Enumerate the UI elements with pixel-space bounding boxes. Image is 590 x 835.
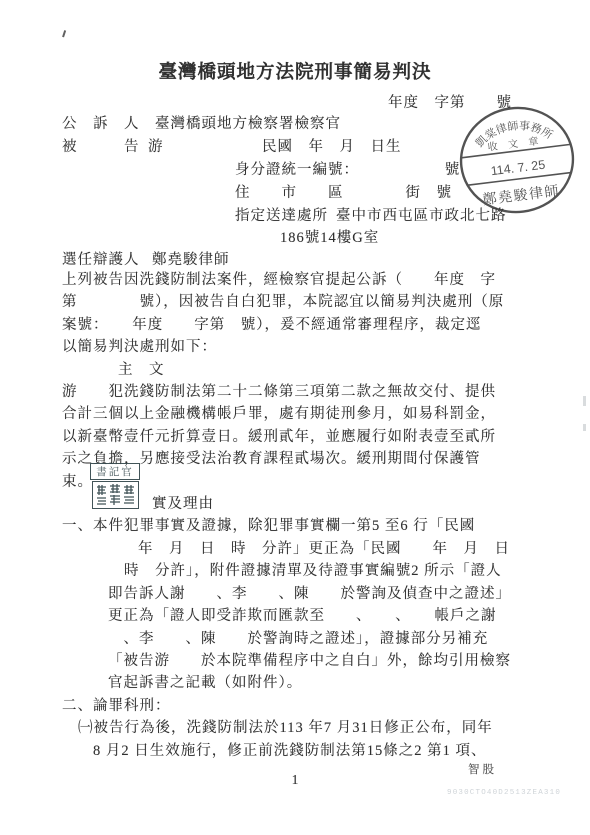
body-line: 案號： 年度 字第 號），爰不經通常審理程序，裁定逕 [62,314,544,336]
document-title: 臺灣橋頭地方法院刑事簡易判決 [0,58,590,84]
body-line: 時 分許」，附件證據清單及待證事實編號2 所示「證人 [62,560,544,582]
body-line: 8 月2 日生效施行，修正前洗錢防制法第15條之2 第1 項、 [62,740,544,762]
clerk-stamp: 書記官 [90,463,146,509]
body-line: 第 號），因被告自白犯罪，本院認宜以簡易判決處刑（原 [62,291,544,313]
body-line: ㈠被告行為後，洗錢防制法於113 年7 月31日修正公布，同年 [62,717,544,739]
body-line: 年 月 日 時 分許」更正為「民國 年 月 日 [62,538,544,560]
defendant-birth-line: 民國 年 月 日生 [262,135,402,156]
body-line: 、李 、陳 於警詢時之證述」，證據部分另補充 [62,628,544,650]
division-label: 智股 [468,761,497,777]
body-line: 二、論罪科刑： [62,695,544,717]
body-line: 即告訴人謝 、李 、陳 於警詢及偵查中之證述」 [62,583,544,605]
body-line: 合計三個以上金融機構帳戶罪，處有期徒刑參月，如易科罰金， [62,403,544,425]
watermark-code: 9030CTO40D2513ZEA310 [447,789,561,797]
body-line: 更正為「證人即受詐欺而匯款至 、 、 帳戶之謝 [62,605,544,627]
service-address-label: 指定送達處所 [235,204,328,225]
judgment-page: 臺灣橋頭地方法院刑事簡易判決 年度 字第 號 公 訴 人 臺灣橋頭地方檢察署檢察… [0,0,590,835]
scan-artifact-mark [62,30,71,39]
body-line: 上列被告因洗錢防制法案件，經檢察官提起公訴（ 年度 字 [62,269,544,291]
prosecutor-row: 公 訴 人 臺灣橋頭地方檢察署檢察官 [62,112,341,133]
body-line: 一、本件犯罪事實及證據，除犯罪事實欄一第5 至6 行「民國 [62,515,544,537]
counsel-label: 選任辯護人 [62,248,140,269]
body-line: 主 文 [62,359,544,381]
clerk-signature-icon [93,482,138,508]
prosecutor-label: 公 訴 人 [62,116,140,132]
prosecutor-value: 臺灣橋頭地方檢察署檢察官 [155,116,341,132]
clerk-stamp-label: 書記官 [90,463,140,480]
clerk-stamp-signature-box [92,481,139,509]
scan-edge-artifact [583,396,586,406]
stamp-date: 114. 7. 25 [490,158,546,179]
stamp-lawyer-name: 鄭堯駿律師 [482,182,561,208]
page-number: 1 [0,772,590,788]
counsel-name: 鄭堯駿律師 [152,248,230,269]
id-number-line: 身分證統一編號： 號 [235,158,460,179]
body-line: 以簡易判決處刑如下： [62,336,544,358]
body-line: 以新臺幣壹仟元折算壹日。緩刑貳年，並應履行如附表壹至貳所 [62,426,544,448]
round-stamp-graphic: 凱棠律師事務所 收 文 章 114. 7. 25 鄭堯駿律師 [450,96,585,224]
body-line: 官起訴書之記載（如附件）。 [62,672,544,694]
law-firm-receive-stamp: 凱棠律師事務所 收 文 章 114. 7. 25 鄭堯駿律師 [450,96,585,224]
address-line: 住 市 區 街 號 [235,181,452,202]
service-address-2: 186號14樓G室 [280,226,379,247]
body-lines: 上列被告因洗錢防制法案件，經檢察官提起公訴（ 年度 字第 號），因被告自白犯罪，… [62,269,544,762]
defendant-name: 游 [148,135,164,156]
scan-edge-artifact [583,424,586,431]
body-line: 「被告游 於本院準備程序中之自白」外，餘均引用檢察 [62,650,544,672]
defendant-label: 被 告 [62,135,140,156]
body-line: 游 犯洗錢防制法第二十二條第三項第二款之無故交付、提供 [62,381,544,403]
